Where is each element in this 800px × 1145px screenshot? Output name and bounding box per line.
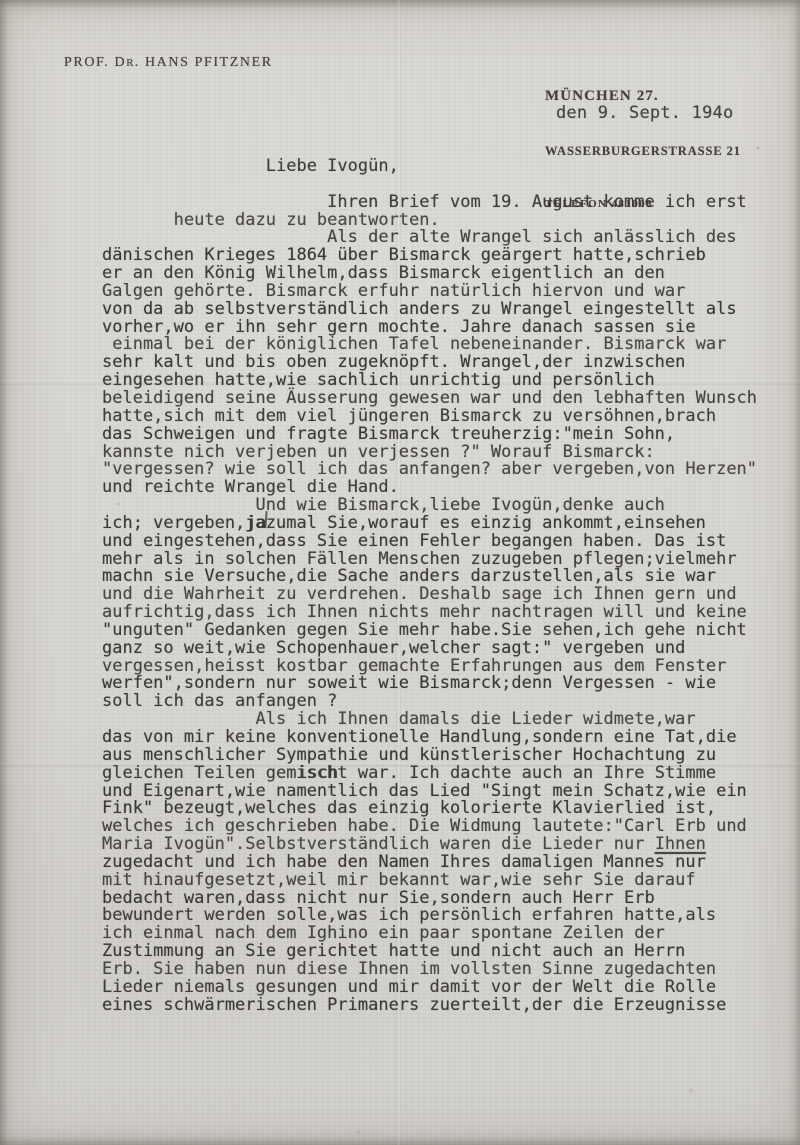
sender-name-prefix: PROF. D xyxy=(64,55,126,70)
letter-line: "unguten" Gedanken gegen Sie mehr habe.S… xyxy=(102,622,782,640)
sender-name: PROF. DR. HANS PFITZNER xyxy=(64,55,273,71)
letter-line-segment: t war. Ich dachte auch an Ihre Stimme xyxy=(337,763,716,783)
letter-line: und eingestehen,dass Sie einen Fehler be… xyxy=(102,533,782,551)
blank-line xyxy=(102,176,782,194)
sender-name-suffix: . HANS PFITZNER xyxy=(135,55,273,70)
letter-line: eines schwärmerischen Primaners zuerteil… xyxy=(102,997,782,1015)
letter-line: Als ich Ihnen damals die Lieder widmete,… xyxy=(102,711,782,729)
letter-body: Liebe Ivogün, Ihren Brief vom 19. August… xyxy=(102,158,782,1015)
letter-line: hatte,sich mit dem viel jüngeren Bismarc… xyxy=(102,408,782,426)
letter-line: Ihren Brief vom 19. August komme ich ers… xyxy=(102,194,782,212)
letter-line-segment: ja xyxy=(245,513,265,533)
letter-line: einmal bei der königlichen Tafel nebenei… xyxy=(102,336,782,354)
letter-line: ich einmal nach dem Ighino ein paar spon… xyxy=(102,925,782,943)
letter-line: mit hinaufgesetzt,weil mir bekannt war,w… xyxy=(102,872,782,890)
letter-line: von da ab selbstverständlich anders zu W… xyxy=(102,301,782,319)
letter-line: Als der alte Wrangel sich anlässlich des xyxy=(102,229,782,247)
salutation: Liebe Ivogün, xyxy=(102,158,782,176)
letterhead-street: WASSERBURGERSTRASSE 21 xyxy=(545,144,741,159)
letter-line: Lieder niemals gesungen und mir damit vo… xyxy=(102,979,782,997)
letter-line-segment: zumal Sie,worauf es einzig ankommt,einse… xyxy=(266,513,706,533)
letter-line: Maria Ivogün".Selbstverständlich waren d… xyxy=(102,836,782,854)
paper-speck xyxy=(688,1088,694,1093)
letter-line: Galgen gehörte. Bismarck erfuhr natürlic… xyxy=(102,283,782,301)
sender-name-smallcap: R xyxy=(126,57,135,69)
letter-line-segment: Ihnen xyxy=(655,834,706,854)
letter-line: mehr als in solchen Fällen Menschen zuzu… xyxy=(102,551,782,569)
letter-line-segment: Maria Ivogün".Selbstverständlich waren d… xyxy=(102,834,655,854)
letter-line: ganz so weit,wie Schopenhauer,welcher sa… xyxy=(102,640,782,658)
date-line: den 9. Sept. 194o xyxy=(556,103,733,123)
paper-speck xyxy=(756,146,760,150)
letter-lines: Ihren Brief vom 19. August komme ich ers… xyxy=(102,194,782,1015)
letter-line-segment: ich; vergeben, xyxy=(102,513,245,533)
letter-line-segment: isch xyxy=(296,763,337,783)
letter-line: das Schweigen und fragte Bismarck treuhe… xyxy=(102,426,782,444)
letter-line: Und wie Bismarck,liebe Ivogün,denke auch xyxy=(102,497,782,515)
letter-line: gleichen Teilen gemischt war. Ich dachte… xyxy=(102,765,782,783)
letter-line: vergessen,heisst kostbar gemachte Erfahr… xyxy=(102,658,782,676)
paper-speck xyxy=(356,1130,361,1135)
letter-page: { "letterhead": { "sender_prefix": "PROF… xyxy=(0,0,800,1145)
letter-line-segment: gleichen Teilen gem xyxy=(102,763,296,783)
